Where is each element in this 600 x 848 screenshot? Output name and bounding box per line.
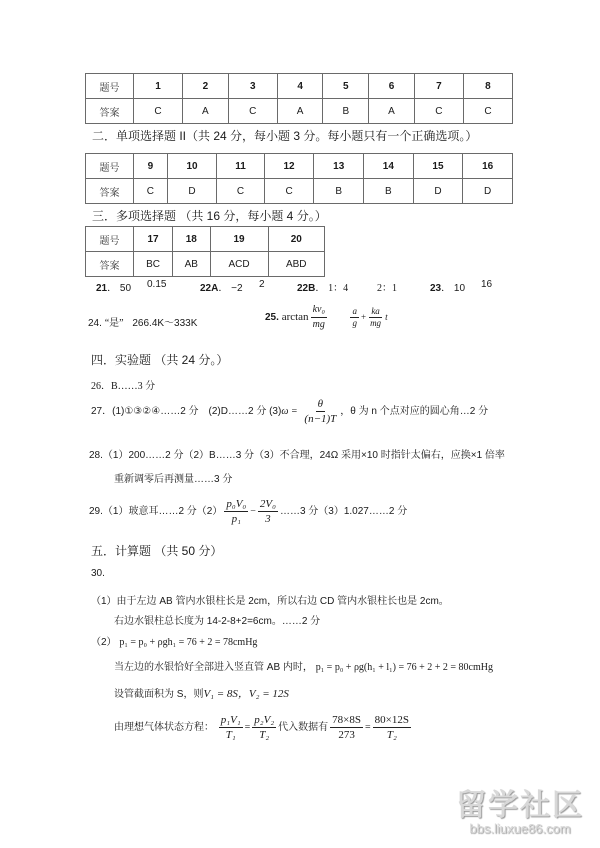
table-row-answers: 答案 C A C A B A C C: [86, 99, 513, 124]
q25-fraction-ka-mg: kamg: [368, 306, 383, 329]
fraction-p2v2-t2: p₂V₂T₂: [252, 713, 276, 742]
q25-fraction: kv₀mg: [311, 303, 327, 332]
numerator: 80×12S: [373, 713, 411, 728]
header-label: 题号: [86, 74, 134, 99]
watermark-logo: 留学社区 bbs.liuxue86.com: [440, 790, 600, 836]
cell: 4: [277, 74, 323, 99]
answer-table-3: 题号 17 18 19 20 答案 BC AB ACD ABD: [85, 226, 325, 277]
q23-answer-a: 10: [454, 283, 465, 294]
equals-sign: =: [245, 722, 251, 733]
answer-label: 答案: [86, 252, 134, 277]
denominator: p₁: [230, 512, 243, 526]
cell: 10: [167, 154, 217, 179]
q25-fraction-a-g: ag: [350, 306, 359, 329]
q22b-answer-a: 1：4: [328, 283, 348, 294]
q21-answer-b: 0.15: [147, 279, 166, 290]
cell: 3: [228, 74, 277, 99]
table-row-numbers: 题号 1 2 3 4 5 6 7 8: [86, 74, 513, 99]
q30-label: 30.: [91, 568, 105, 579]
cell: C: [217, 179, 264, 204]
watermark-url: bbs.liuxue86.com: [440, 822, 600, 836]
q23-answer-b: 16: [481, 279, 492, 290]
cell: 18: [173, 227, 211, 252]
q29-fraction-1: p₀V₀p₁: [224, 497, 248, 526]
fraction-78x8s-273: 78×8S273: [330, 713, 363, 742]
q24-answer-a: “是”: [105, 318, 124, 329]
header-label: 题号: [86, 227, 134, 252]
q26-answer: 26．B……3 分: [91, 377, 155, 392]
denominator: 3: [263, 512, 273, 526]
cell: B: [314, 179, 364, 204]
q29-prefix: 29.（1）玻意耳……2 分（2）: [89, 506, 222, 517]
q27-answer: 27．(1)①③②④……2 分 (2)D……2 分 (3)ω = θ(n−1)T…: [91, 397, 488, 426]
cell: A: [277, 99, 323, 124]
q22a: 22A． −2: [200, 279, 243, 294]
cell: 5: [323, 74, 369, 99]
cell: B: [364, 179, 414, 204]
cell: 13: [314, 154, 364, 179]
part2-prefix: （2）: [91, 637, 117, 648]
watermark-title: 留学社区: [440, 790, 600, 822]
numerator: kv₀: [311, 303, 327, 318]
q22a-answer-b: 2: [259, 279, 265, 290]
cell: 9: [134, 154, 168, 179]
cell: 6: [369, 74, 415, 99]
cell: 19: [210, 227, 268, 252]
q21-label: 21: [96, 283, 107, 294]
q24: 24. “是” 266.4K～333K: [88, 314, 197, 329]
q30-part2-line1: （2） p₁ = p₀ + ρgh₁ = 76 + 2 = 78cmHg: [91, 633, 257, 648]
q25-label: 25.: [265, 312, 279, 323]
q28-line2: 重新调零后再测量……3 分: [114, 470, 232, 485]
fraction-80x12s-t2: 80×12ST₂: [373, 713, 411, 742]
denominator: g: [350, 318, 359, 329]
equation-p1-full: p₁ = p₀ + ρg(h₁ + l₁) = 76 + 2 + 2 = 80c…: [316, 662, 493, 673]
denominator: T₂: [385, 728, 399, 742]
cell: AB: [173, 252, 211, 277]
omega-symbol: ω =: [281, 406, 297, 417]
numerator: p₁V₁: [219, 713, 243, 728]
section-5-title: 五．计算题 （共 50 分）: [91, 542, 222, 559]
denominator: T₂: [257, 728, 271, 742]
header-label: 题号: [86, 154, 134, 179]
q24-answer-b: 266.4K～333K: [132, 318, 197, 329]
table-row-answers: 答案 C D C C B B D D: [86, 179, 513, 204]
cell: C: [463, 99, 512, 124]
cell: D: [413, 179, 463, 204]
numerator: 2V₀: [258, 497, 278, 512]
denominator: mg: [368, 318, 383, 329]
cell: C: [134, 179, 168, 204]
line-text: 当左边的水银恰好全部进入竖直管 AB 内时，: [114, 662, 313, 673]
q22a-answer-a: −2: [231, 283, 242, 294]
cell: 14: [364, 154, 414, 179]
cell: ABD: [268, 252, 324, 277]
cell: C: [228, 99, 277, 124]
q29-fraction-2: 2V₀3: [258, 497, 278, 526]
cell: C: [264, 179, 314, 204]
q30-part1-line2: 右边水银柱总长度为 14-2-8+2=6cm。……2 分: [114, 612, 320, 627]
section-3-title: 三．多项选择题 （共 16 分，每小题 4 分。）: [92, 207, 327, 224]
cell: 11: [217, 154, 264, 179]
cell: A: [183, 99, 229, 124]
fraction-p1v1-t1: p₁V₁T₁: [219, 713, 243, 742]
cell: 17: [134, 227, 173, 252]
table-row-numbers: 题号 9 10 11 12 13 14 15 16: [86, 154, 513, 179]
numerator: ka: [369, 306, 382, 318]
cell: D: [463, 179, 513, 204]
line-text: 由理想气体状态方程：: [114, 722, 214, 733]
denominator: T₁: [224, 728, 238, 742]
q29-suffix: ……3 分（3）1.027……2 分: [280, 506, 407, 517]
mid-text: 代入数据有: [278, 722, 328, 733]
section-2-title: 二．单项选择题 II（共 24 分，每小题 3 分。每小题只有一个正确选项。）: [92, 127, 477, 144]
q30-part2-line2: 当左边的水银恰好全部进入竖直管 AB 内时， p₁ = p₀ + ρg(h₁ +…: [114, 658, 493, 673]
denominator: 273: [336, 728, 357, 742]
q27-suffix: ，θ 为 n 个点对应的圆心角…2 分: [340, 406, 488, 417]
q27-prefix: 27．(1)①③②④……2 分 (2)D……2 分 (3): [91, 406, 281, 417]
q24-label: 24.: [88, 318, 102, 329]
numerator: p₂V₂: [252, 713, 276, 728]
q27-fraction: θ(n−1)T: [302, 397, 338, 426]
q22a-label: 22A: [200, 283, 218, 294]
table-row-numbers: 题号 17 18 19 20: [86, 227, 325, 252]
table-row-answers: 答案 BC AB ACD ABD: [86, 252, 325, 277]
cell: C: [134, 99, 183, 124]
cell: 15: [413, 154, 463, 179]
q25: 25. arctankv₀mg ag+kamgt: [265, 303, 388, 332]
denominator: mg: [311, 318, 327, 332]
cell: 8: [463, 74, 512, 99]
cell: 16: [463, 154, 513, 179]
answer-table-2: 题号 9 10 11 12 13 14 15 16 答案 C D C C B B…: [85, 153, 513, 204]
equals-sign: =: [365, 722, 371, 733]
cell: 7: [414, 74, 463, 99]
cell: B: [323, 99, 369, 124]
q22b-answer-b: 2：1: [377, 279, 397, 294]
cell: BC: [134, 252, 173, 277]
answer-table-1: 题号 1 2 3 4 5 6 7 8 答案 C A C A B A C C: [85, 73, 513, 124]
cell: C: [414, 99, 463, 124]
equation-p1: p₁ = p₀ + ρgh₁ = 76 + 2 = 78cmHg: [119, 637, 257, 648]
answer-label: 答案: [86, 99, 134, 124]
cell: A: [369, 99, 415, 124]
q23-label: 23: [430, 283, 441, 294]
plus-sign: +: [361, 312, 366, 322]
cell: 1: [134, 74, 183, 99]
q23: 23． 10: [430, 279, 465, 294]
numerator: p₀V₀: [224, 497, 248, 512]
cell: D: [167, 179, 217, 204]
line-text: 设管截面积为 S，则: [114, 689, 203, 700]
answer-label: 答案: [86, 179, 134, 204]
equation-volumes: V₁ = 8S，V₂ = 12S: [203, 688, 288, 700]
cell: 2: [183, 74, 229, 99]
q22b: 22B． 1：4: [297, 279, 348, 294]
cell: 20: [268, 227, 324, 252]
q22b-label: 22B: [297, 283, 315, 294]
numerator: θ: [316, 397, 325, 412]
section-4-title: 四．实验题 （共 24 分。）: [91, 351, 228, 368]
q30-part2-line3: 设管截面积为 S，则V₁ = 8S，V₂ = 12S: [114, 685, 289, 701]
variable-t: t: [385, 312, 388, 322]
q25-arctan: arctan: [282, 311, 309, 323]
cell: ACD: [210, 252, 268, 277]
fill-answers-row: 21． 50: [96, 279, 131, 294]
minus-sign: −: [250, 506, 256, 517]
q28-line1: 28.（1）200……2 分（2）B……3 分（3）不合理，24Ω 采用×10 …: [89, 446, 505, 461]
denominator: (n−1)T: [302, 412, 338, 426]
q29-answer: 29.（1）玻意耳……2 分（2）p₀V₀p₁−2V₀3……3 分（3）1.02…: [89, 497, 407, 526]
q30-part2-line4: 由理想气体状态方程： p₁V₁T₁=p₂V₂T₂代入数据有78×8S273=80…: [114, 713, 413, 742]
q30-part1-line1: （1）由于左边 AB 管内水银柱长是 2cm，所以右边 CD 管内水银柱长也是 …: [91, 592, 449, 607]
numerator: 78×8S: [330, 713, 363, 728]
numerator: a: [350, 306, 359, 318]
q21-answer-a: 50: [120, 283, 131, 294]
cell: 12: [264, 154, 314, 179]
